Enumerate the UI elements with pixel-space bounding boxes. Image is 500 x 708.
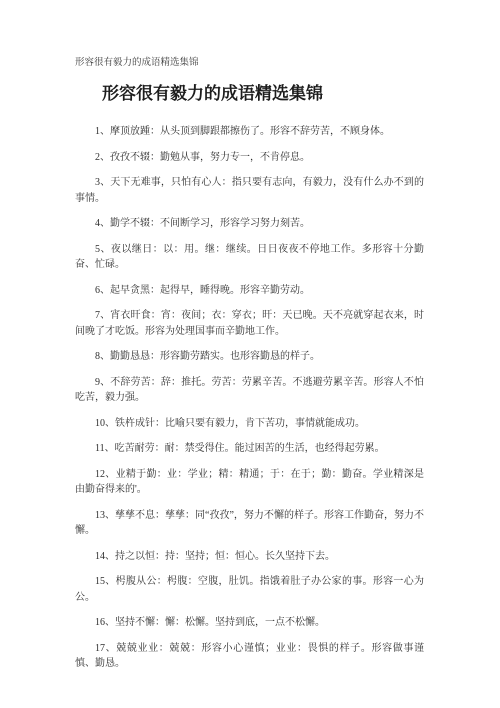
running-header: 形容很有毅力的成语精选集锦 — [75, 0, 424, 69]
page-title: 形容很有毅力的成语精选集锦 — [75, 82, 424, 106]
idiom-list: 1、摩顶放踵：从头顶到脚跟都擦伤了。形容不辞劳苦，不顾身体。 2、孜孜不辍：勤勉… — [75, 124, 424, 672]
idiom-paragraph: 4、勤学不辍：不间断学习，形容学习努力刻苦。 — [75, 216, 424, 232]
idiom-paragraph: 13、孳孳不息：孳孳：同“孜孜”，努力不懈的样子。形容工作勤奋，努力不懈。 — [75, 508, 424, 539]
idiom-paragraph: 2、孜孜不辍：勤勉从事，努力专一，不肯停息。 — [75, 150, 424, 166]
idiom-paragraph: 9、不辞劳苦：辞：推托。劳苦：劳累辛苦。不逃避劳累辛苦。形容人不怕吃苦，毅力强。 — [75, 375, 424, 406]
idiom-paragraph: 15、枵腹从公：枵腹：空腹，肚饥。指饿着肚子办公家的事。形容一心为公。 — [75, 574, 424, 605]
idiom-paragraph: 17、兢兢业业：兢兢：形容小心谨慎；业业：畏惧的样子。形容做事谨慎、勤恳。 — [75, 641, 424, 672]
idiom-paragraph: 14、持之以恒：持：坚持；恒：恒心。长久坚持下去。 — [75, 549, 424, 565]
document-page: 形容很有毅力的成语精选集锦 形容很有毅力的成语精选集锦 1、摩顶放踵：从头顶到脚… — [0, 0, 500, 708]
idiom-paragraph: 5、夜以继日：以：用。继：继续。日日夜夜不停地工作。多形容十分勤奋、忙碌。 — [75, 242, 424, 273]
idiom-paragraph: 6、起早贪黑：起得早，睡得晚。形容辛勤劳动。 — [75, 283, 424, 299]
idiom-paragraph: 7、宵衣旰食：宵：夜间；衣：穿衣；旰：天已晚。天不亮就穿起衣来，时间晚了才吃饭。… — [75, 308, 424, 339]
idiom-paragraph: 11、吃苦耐劳：耐：禁受得住。能过困苦的生活，也经得起劳累。 — [75, 441, 424, 457]
idiom-paragraph: 1、摩顶放踵：从头顶到脚跟都擦伤了。形容不辞劳苦，不顾身体。 — [75, 124, 424, 140]
idiom-paragraph: 3、天下无难事，只怕有心人：指只要有志向，有毅力，没有什么办不到的事情。 — [75, 175, 424, 206]
idiom-paragraph: 12、业精于勤：业：学业；精：精通；于：在于；勤：勤奋。学业精深是由勤奋得来的'… — [75, 467, 424, 498]
idiom-paragraph: 16、坚持不懈：懈：松懈。坚持到底，一点不松懈。 — [75, 615, 424, 631]
idiom-paragraph: 8、勤勤恳恳：形容勤劳踏实。也形容勤恳的样子。 — [75, 349, 424, 365]
idiom-paragraph: 10、铁杵成针：比喻只要有毅力，肯下苦功，事情就能成功。 — [75, 416, 424, 432]
